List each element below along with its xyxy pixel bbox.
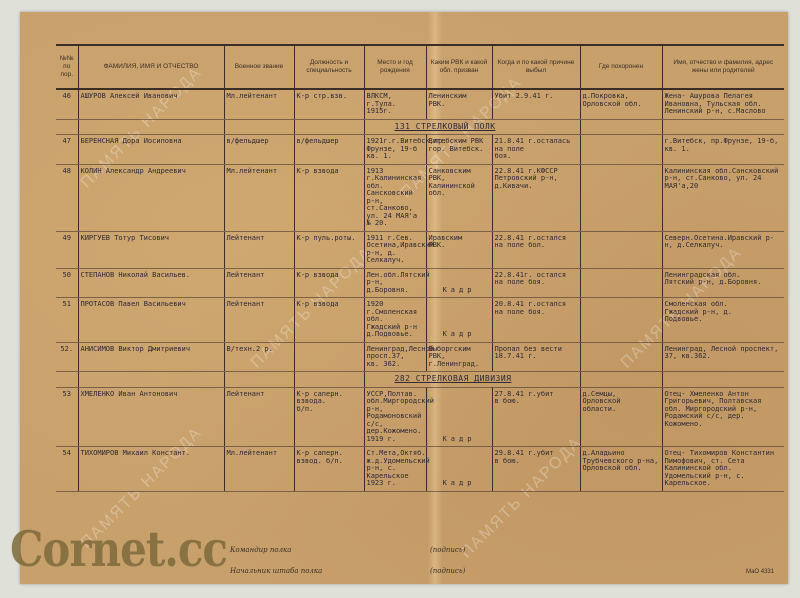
military-rank: в/фельдшер xyxy=(224,135,294,165)
chief-of-staff-label: Начальник штаба полка xyxy=(230,567,322,575)
table-row: 53ХМЕЛЕНКО Иван АнтоновичЛейтенантК-р са… xyxy=(56,387,784,447)
position: К-р пуль.роты. xyxy=(294,231,364,268)
birth-place: Ленинград,Лесной просп.37, кв. 362. xyxy=(364,342,426,372)
departure-reason: 21.8.41 г.осталась на поле боя. xyxy=(492,135,580,165)
relatives-address: г.Витебск, пр.Фрунзе, 19-б, кв. 1. xyxy=(662,135,784,165)
relatives-address: Отец- Хмеленко Антон Григорьевич, Полтав… xyxy=(662,387,784,447)
departure-reason: 20.8.41 г.остался на поле боя. xyxy=(492,298,580,343)
table-row: 47БЕРЕНСНАЯ Дора Иосиповнав/фельдшерв/фе… xyxy=(56,135,784,165)
military-rank: Мл.лейтенант xyxy=(224,164,294,231)
draft-office: Санковским РВК, Калининской обл. xyxy=(426,164,492,231)
relatives-address: Жена- Ашурова Пелагея Ивановна, Тульская… xyxy=(662,89,784,119)
military-rank: Лейтенант xyxy=(224,298,294,343)
position: К-р саперн. взвод. б/п. xyxy=(294,447,364,492)
column-header: №№ по пор. xyxy=(56,45,78,89)
empty-cell xyxy=(224,119,294,135)
birth-place: 1921г.г.Витебск,пр. Фрунзе, 19-б кв. 1. xyxy=(364,135,426,165)
birth-place: Ст.Мета,Октяб. ж.д.Удомельский р-н, с. К… xyxy=(364,447,426,492)
unit-cell: 131 СТРЕЛКОВЫЙ ПОЛК xyxy=(364,119,580,135)
draft-office: Ленинским РВК. xyxy=(426,89,492,119)
birth-place: Лен.обл.Лятский р-н, д.Боровня. xyxy=(364,268,426,298)
empty-cell xyxy=(662,372,784,388)
unit-heading: 131 СТРЕЛКОВЫЙ ПОЛК xyxy=(395,122,496,131)
commander-signature-line: Командир полка (подпись) xyxy=(230,546,291,554)
position xyxy=(294,342,364,372)
empty-cell xyxy=(56,372,78,388)
full-name: ХМЕЛЕНКО Иван Антонович xyxy=(78,387,224,447)
table-body: 46АШУРОВ Алексей ИвановичМл.лейтенантК-р… xyxy=(56,89,784,491)
relatives-address: Северн.Осетина.Иравский р-н, д.Селкалуч. xyxy=(662,231,784,268)
birth-place: ВЛКСМ, г.Тула. 1915г. xyxy=(364,89,426,119)
empty-cell xyxy=(78,119,224,135)
signature-placeholder: (подпись) xyxy=(430,546,465,554)
position: в/фельдшер xyxy=(294,135,364,165)
burial-place: д.Аладьино Трубчевского р-на, Орловской … xyxy=(580,447,662,492)
row-number: 53 xyxy=(56,387,78,447)
row-number: 46 xyxy=(56,89,78,119)
birth-place: УССР,Полтав. обл.Миргородский р-н, Родам… xyxy=(364,387,426,447)
draft-office: Витебским РВК гор. Витебск. xyxy=(426,135,492,165)
empty-cell xyxy=(580,119,662,135)
military-rank: В/техн.2 р. xyxy=(224,342,294,372)
position: К-р взвода xyxy=(294,298,364,343)
burial-place xyxy=(580,298,662,343)
burial-place: д.Семцы, Орловской области. xyxy=(580,387,662,447)
commander-label: Командир полка xyxy=(230,546,291,554)
departure-reason: 29.8.41 г.убит в бою. xyxy=(492,447,580,492)
unit-cell: 282 СТРЕЛКОВАЯ ДИВИЗИЯ xyxy=(364,372,580,388)
military-rank: Мл.лейтенант xyxy=(224,447,294,492)
empty-cell xyxy=(662,119,784,135)
signature-placeholder: (подпись) xyxy=(430,567,465,575)
full-name: АШУРОВ Алексей Иванович xyxy=(78,89,224,119)
column-header: Где похоронен xyxy=(580,45,662,89)
unit-heading-row: 282 СТРЕЛКОВАЯ ДИВИЗИЯ xyxy=(56,372,784,388)
table-row: 51ПРОТАСОВ Павел ВасильевичЛейтенантК-р … xyxy=(56,298,784,343)
column-header: Должность и специальность xyxy=(294,45,364,89)
empty-cell xyxy=(294,372,364,388)
unit-heading-row: 131 СТРЕЛКОВЫЙ ПОЛК xyxy=(56,119,784,135)
military-rank: Лейтенант xyxy=(224,387,294,447)
row-number: 51 xyxy=(56,298,78,343)
table-row: 46АШУРОВ Алексей ИвановичМл.лейтенантК-р… xyxy=(56,89,784,119)
column-header: Место и год рождения xyxy=(364,45,426,89)
unit-heading: 282 СТРЕЛКОВАЯ ДИВИЗИЯ xyxy=(395,374,512,383)
draft-office: Иравским РВК. xyxy=(426,231,492,268)
full-name: КИРГУЕВ Тотур Тисович xyxy=(78,231,224,268)
table-row: 48КОЛИН Александр АндреевичМл.лейтенантК… xyxy=(56,164,784,231)
burial-place xyxy=(580,164,662,231)
position: К-р стр.взв. xyxy=(294,89,364,119)
burial-place xyxy=(580,135,662,165)
form-code: МаО 4331 xyxy=(746,569,774,575)
draft-office: Кадр xyxy=(426,447,492,492)
military-rank: Лейтенант xyxy=(224,268,294,298)
birth-place: 1913 г.Калининская обл. Сансковский р-н,… xyxy=(364,164,426,231)
draft-office: Кадр xyxy=(426,268,492,298)
row-number: 52. xyxy=(56,342,78,372)
burial-place: д.Покровка, Орловской обл. xyxy=(580,89,662,119)
full-name: АНИСИМОВ Виктор Дмитриевич xyxy=(78,342,224,372)
column-header: ФАМИЛИЯ, ИМЯ И ОТЧЕСТВО xyxy=(78,45,224,89)
row-number: 49 xyxy=(56,231,78,268)
military-rank: Мл.лейтенант xyxy=(224,89,294,119)
burial-place xyxy=(580,231,662,268)
full-name: ПРОТАСОВ Павел Васильевич xyxy=(78,298,224,343)
position: К-р саперн. взвода. б/п. xyxy=(294,387,364,447)
relatives-address: Калининская обл.Сансковский р-н, ст.Санк… xyxy=(662,164,784,231)
burial-place xyxy=(580,342,662,372)
burial-place xyxy=(580,268,662,298)
relatives-address: Ленинград, Лесной проспект, 37, кв.362. xyxy=(662,342,784,372)
column-header: Имя, отчество и фамилия, адрес жены или … xyxy=(662,45,784,89)
empty-cell xyxy=(56,119,78,135)
empty-cell xyxy=(224,372,294,388)
departure-reason: Убит 2.9.41 г. xyxy=(492,89,580,119)
table-row: 54ТИХОМИРОВ Михаил Констант.Мл.лейтенант… xyxy=(56,447,784,492)
row-number: 47 xyxy=(56,135,78,165)
site-logo: Cornet.cc xyxy=(10,521,227,577)
row-number: 48 xyxy=(56,164,78,231)
relatives-address: Отец- Тихомиров Константин Пимофович, ст… xyxy=(662,447,784,492)
chief-of-staff-signature-line: Начальник штаба полка (подпись) xyxy=(230,567,322,575)
casualty-register-table: №№ по пор.ФАМИЛИЯ, ИМЯ И ОТЧЕСТВОВоенное… xyxy=(56,44,784,492)
draft-office: Кадр xyxy=(426,298,492,343)
departure-reason: Пропал без вести 18.7.41 г. xyxy=(492,342,580,372)
table-row: 49КИРГУЕВ Тотур ТисовичЛейтенантК-р пуль… xyxy=(56,231,784,268)
relatives-address: Ленинградская обл. Лятский р-н, д.Боровн… xyxy=(662,268,784,298)
relatives-address: Смоленская обл. Гжадский р-н, д. Подвовь… xyxy=(662,298,784,343)
full-name: СТЕПАНОВ Николай Васильев. xyxy=(78,268,224,298)
column-header: Каким РВК и какой обл. призван xyxy=(426,45,492,89)
row-number: 54 xyxy=(56,447,78,492)
military-rank: Лейтенант xyxy=(224,231,294,268)
row-number: 50 xyxy=(56,268,78,298)
column-header: Когда и по какой причине выбыл xyxy=(492,45,580,89)
table-row: 50СТЕПАНОВ Николай Васильев.ЛейтенантК-р… xyxy=(56,268,784,298)
departure-reason: 27.8.41 г.убит в бою. xyxy=(492,387,580,447)
table-row: 52.АНИСИМОВ Виктор ДмитриевичВ/техн.2 р.… xyxy=(56,342,784,372)
full-name: КОЛИН Александр Андреевич xyxy=(78,164,224,231)
draft-office: Выборгским РВК, г.Ленинград. xyxy=(426,342,492,372)
birth-place: 1911 г.Сев. Осетина,Иравский р-н, д. Сел… xyxy=(364,231,426,268)
departure-reason: 22.8.41 г.остался на поле бол. xyxy=(492,231,580,268)
departure-reason: 22.8.41г. остался на поле боя. xyxy=(492,268,580,298)
position: К-р взвода xyxy=(294,268,364,298)
full-name: БЕРЕНСНАЯ Дора Иосиповна xyxy=(78,135,224,165)
draft-office: Кадр xyxy=(426,387,492,447)
empty-cell xyxy=(294,119,364,135)
full-name: ТИХОМИРОВ Михаил Констант. xyxy=(78,447,224,492)
departure-reason: 22.8.41 г.КФССР Петровский р-н, д.Кивачи… xyxy=(492,164,580,231)
empty-cell xyxy=(78,372,224,388)
table-header: №№ по пор.ФАМИЛИЯ, ИМЯ И ОТЧЕСТВОВоенное… xyxy=(56,45,784,89)
birth-place: 1920 г.Смоленская обл. Гжадский р-н д.По… xyxy=(364,298,426,343)
empty-cell xyxy=(580,372,662,388)
column-header: Военное звание xyxy=(224,45,294,89)
position: К-р взвода xyxy=(294,164,364,231)
